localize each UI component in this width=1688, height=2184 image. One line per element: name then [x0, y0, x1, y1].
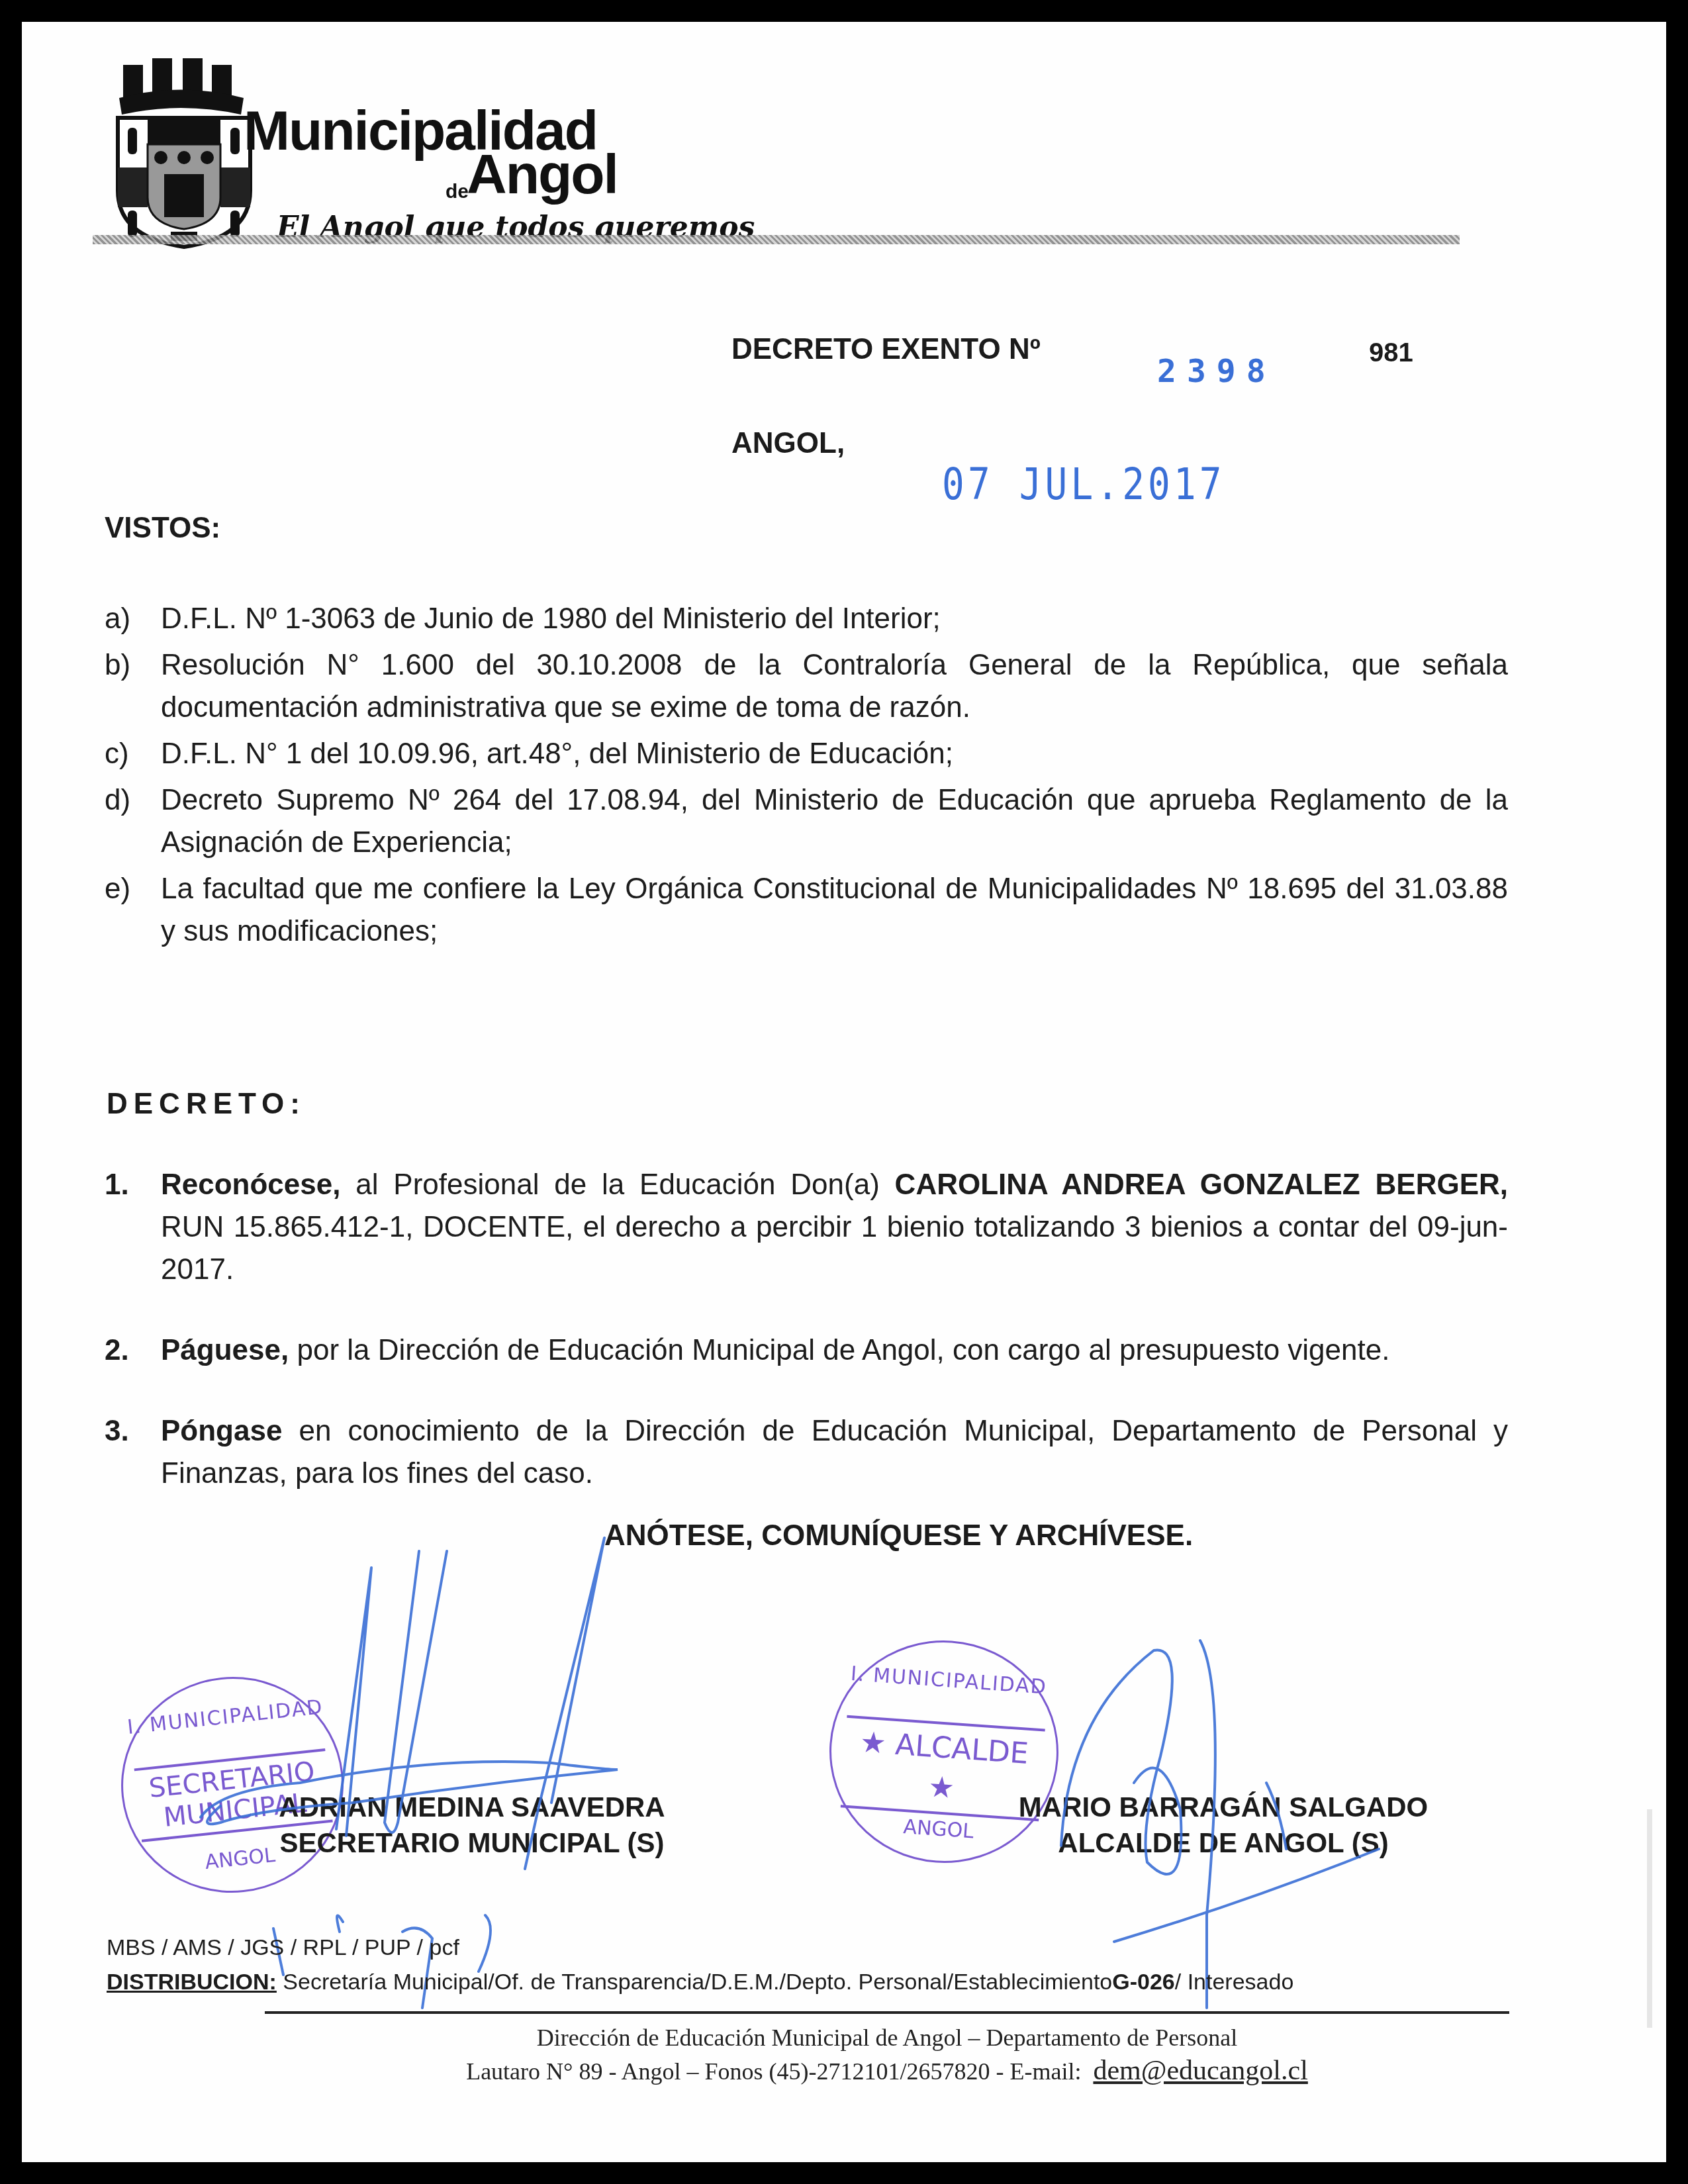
- distribution-label: DISTRIBUCION:: [107, 1970, 277, 1995]
- vistos-item: a)D.F.L. Nº 1-3063 de Junio de 1980 del …: [105, 598, 1508, 640]
- item-lead: Póngase: [161, 1415, 282, 1447]
- seal-arc-text: I. MUNICIPALIDAD: [836, 1661, 1062, 1700]
- item-mark: e): [105, 868, 161, 953]
- item-mark: 1.: [105, 1164, 161, 1291]
- item-mark: 3.: [105, 1410, 161, 1495]
- mayor-signature-block: MARIO BARRAGÁN SALGADO ALCALDE DE ANGOL …: [1008, 1789, 1438, 1861]
- item-mark: c): [105, 733, 161, 775]
- signatory-name: MARIO BARRAGÁN SALGADO: [1008, 1789, 1438, 1825]
- item-lead: Páguese,: [161, 1334, 289, 1366]
- distribution-line: DISTRIBUCION: Secretaría Municipal/Of. d…: [107, 1970, 1293, 1995]
- scan-artifact: [1647, 1809, 1652, 2028]
- signatory-role: ALCALDE DE ANGOL (S): [1008, 1825, 1438, 1861]
- item-text: La facultad que me confiere la Ley Orgán…: [161, 868, 1508, 953]
- initials-line: MBS / AMS / JGS / RPL / PUP / pcf: [107, 1935, 459, 1961]
- vistos-list: a)D.F.L. Nº 1-3063 de Junio de 1980 del …: [105, 598, 1508, 957]
- brand-city: Angol: [467, 146, 618, 202]
- coat-of-arms-icon: [111, 52, 263, 250]
- item-text: Resolución N° 1.600 del 30.10.2008 de la…: [161, 644, 1508, 729]
- item-text: D.F.L. Nº 1-3063 de Junio de 1980 del Mi…: [161, 598, 1508, 640]
- header-separator: [93, 235, 1460, 244]
- item-mark: a): [105, 598, 161, 640]
- document-page: Municipalidad de Angol El Angol que todo…: [22, 22, 1666, 2162]
- item-body: en conocimiento de la Dirección de Educa…: [161, 1415, 1508, 1490]
- item-mark: b): [105, 644, 161, 729]
- item-mark: 2.: [105, 1329, 161, 1372]
- beneficiary-name: CAROLINA ANDREA GONZALEZ BERGER,: [895, 1168, 1508, 1201]
- decree-item: 2. Páguese, por la Dirección de Educació…: [105, 1329, 1508, 1372]
- decree-item: 1. Reconócese, al Profesional de la Educ…: [105, 1164, 1508, 1291]
- item-body: RUN 15.865.412-1, DOCENTE, el derecho a …: [161, 1211, 1508, 1286]
- seal-arc-text: I. MUNICIPALIDAD: [115, 1694, 335, 1740]
- decree-title: DECRETO EXENTO Nº: [731, 333, 1041, 366]
- signatory-name: ADRIAN MEDINA SAAVEDRA: [240, 1789, 704, 1825]
- item-body: por la Dirección de Educación Municipal …: [289, 1334, 1389, 1366]
- decree-list: 1. Reconócese, al Profesional de la Educ…: [105, 1164, 1508, 1533]
- decree-number-stamp: 2398: [1157, 353, 1276, 390]
- item-mark: d): [105, 779, 161, 864]
- footer: Dirección de Educación Municipal de Ango…: [265, 2021, 1509, 2088]
- footer-line-2: Lautaro N° 89 - Angol – Fonos (45)-27121…: [265, 2054, 1509, 2088]
- establishment-code: G-026: [1112, 1970, 1175, 1995]
- decree-side-number: 981: [1369, 338, 1413, 368]
- brand-de: de: [445, 181, 469, 203]
- distribution-text: Secretaría Municipal/Of. de Transparenci…: [277, 1970, 1112, 1995]
- item-text: Póngase en conocimiento de la Dirección …: [161, 1410, 1508, 1495]
- secretary-seal: I. MUNICIPALIDAD SECRETARIO MUNICIPAL AN…: [111, 1666, 354, 1903]
- footer-email-link[interactable]: dem@educangol.cl: [1093, 2056, 1307, 2086]
- date-stamp: 07 JUL.2017: [942, 459, 1225, 510]
- item-text: Decreto Supremo Nº 264 del 17.08.94, del…: [161, 779, 1508, 864]
- footer-line-1: Dirección de Educación Municipal de Ango…: [265, 2021, 1509, 2054]
- vistos-item: b)Resolución N° 1.600 del 30.10.2008 de …: [105, 644, 1508, 729]
- item-text: Páguese, por la Dirección de Educación M…: [161, 1329, 1508, 1372]
- decree-item: 3. Póngase en conocimiento de la Direcci…: [105, 1410, 1508, 1495]
- distribution-text: / Interesado: [1175, 1970, 1294, 1995]
- footer-rule: [265, 2011, 1509, 2014]
- item-text: D.F.L. N° 1 del 10.09.96, art.48°, del M…: [161, 733, 1508, 775]
- item-body: al Profesional de la Educación Don(a): [340, 1168, 894, 1201]
- item-lead: Reconócese,: [161, 1168, 340, 1201]
- vistos-title: VISTOS:: [105, 512, 220, 545]
- decreto-title: DECRETO:: [107, 1088, 306, 1121]
- closing-formula: ANÓTESE, COMUNÍQUESE Y ARCHÍVESE.: [604, 1519, 1193, 1552]
- vistos-item: c)D.F.L. N° 1 del 10.09.96, art.48°, del…: [105, 733, 1508, 775]
- footer-address: Lautaro N° 89 - Angol – Fonos (45)-27121…: [466, 2058, 1081, 2085]
- secretary-signature-block: ADRIAN MEDINA SAAVEDRA SECRETARIO MUNICI…: [240, 1789, 704, 1861]
- item-text: Reconócese, al Profesional de la Educaci…: [161, 1164, 1508, 1291]
- city-label: ANGOL,: [731, 427, 845, 460]
- vistos-item: e)La facultad que me confiere la Ley Org…: [105, 868, 1508, 953]
- vistos-item: d)Decreto Supremo Nº 264 del 17.08.94, d…: [105, 779, 1508, 864]
- signatory-role: SECRETARIO MUNICIPAL (S): [240, 1825, 704, 1861]
